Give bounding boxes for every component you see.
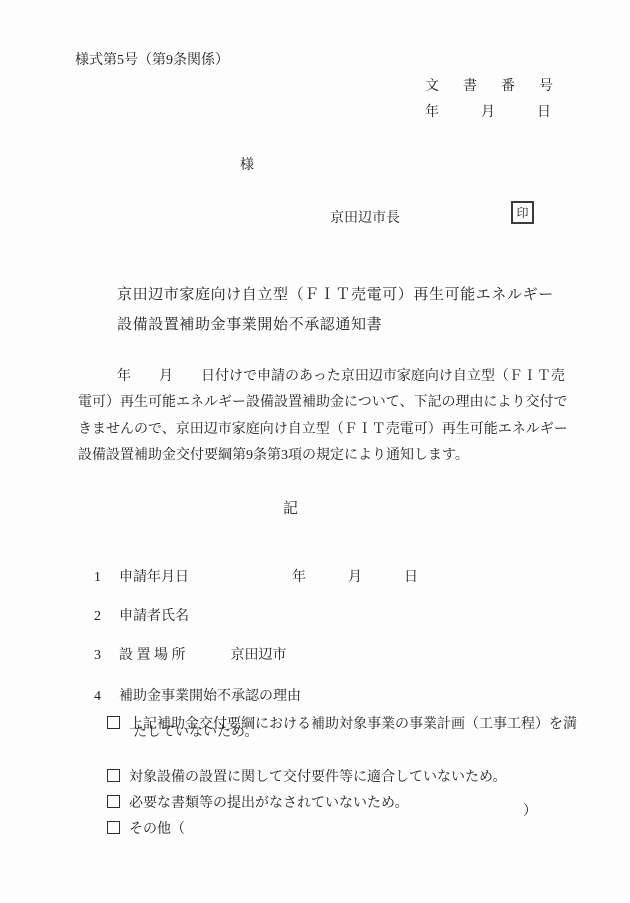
body-paragraph-line: きませんので、京田辺市家庭向け自立型（ＦＩＴ売電可）再生可能エネルギー: [78, 421, 568, 438]
closing-paren: ）: [523, 803, 537, 820]
body-paragraph-line: 電可）再生可能エネルギー設備設置補助金について、下記の理由により交付で: [78, 394, 567, 411]
sender-name: 京田辺市長: [330, 210, 400, 227]
ki-marker: 記: [283, 501, 298, 518]
item-label: 申請年月日: [119, 570, 189, 585]
item-label: 設 置 場 所: [119, 648, 186, 663]
form-number-label: 様式第5号（第9条関係）: [75, 52, 229, 69]
document-title-line1: 京田辺市家庭向け自立型（ＦＩＴ売電可）再生可能エネルギー: [117, 287, 554, 304]
issue-date-blank: 年 月 日: [425, 104, 551, 121]
document-title-line2: 設備設置補助金事業開始不承認通知書: [117, 317, 382, 334]
seal-character: 印: [516, 207, 528, 219]
checkbox-unchecked-icon[interactable]: [107, 821, 120, 834]
item-value-blank: 年 月 日: [292, 570, 418, 585]
item-number: 2: [94, 608, 119, 625]
body-paragraph-line: 年 月 日付けで申請のあった京田辺市家庭向け自立型（ＦＩＴ売: [78, 368, 565, 385]
reason-text-continuation: たしていないため。: [133, 724, 258, 741]
reason-text: その他（: [129, 822, 185, 837]
seal-placeholder-icon: 印: [511, 201, 534, 224]
checkbox-unchecked-icon[interactable]: [107, 716, 120, 729]
body-paragraph-line: 設備設置補助金交付要綱第9条第3項の規定により通知します。: [78, 447, 469, 464]
document-page: 様式第5号（第9条関係） 文書番号 年 月 日 様 京田辺市長 印 京田辺市家庭…: [0, 0, 630, 903]
document-number-label: 文書番号: [425, 78, 577, 95]
item-number: 3: [94, 647, 119, 664]
recipient-honorific: 様: [240, 157, 254, 174]
reason-option-other: その他（）: [93, 803, 185, 855]
item-number: 1: [94, 569, 119, 586]
item-value: 京田辺市: [231, 648, 287, 663]
item-label: 申請者氏名: [119, 609, 189, 624]
